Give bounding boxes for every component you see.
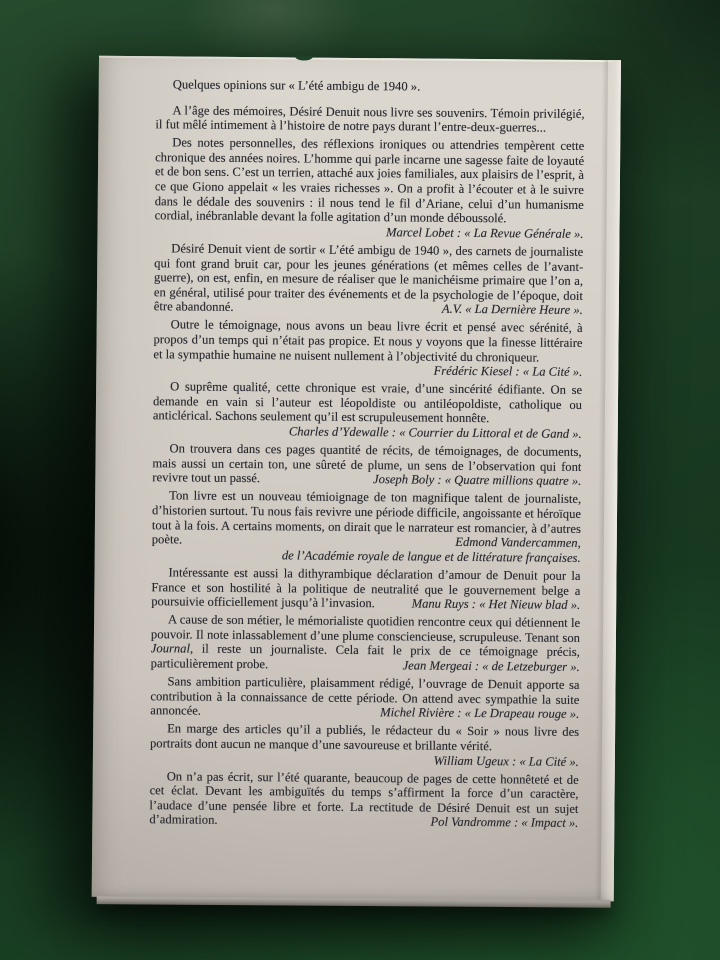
- review-quote-9: A cause de son métier, le mémorialiste q…: [151, 612, 580, 674]
- quote-text: En marge des articles qu’il a publiés, l…: [150, 722, 579, 753]
- quote-text: A cause de son métier, le mémorialiste q…: [151, 613, 580, 645]
- quote-attribution: Jean Mergeai : « de Letzeburger ».: [391, 658, 580, 674]
- review-quote-5: O suprême qualité, cette chronique est v…: [153, 379, 582, 441]
- review-quote-3: Désiré Denuit vient de sortir « L’été am…: [154, 241, 584, 318]
- photo-background: Quelques opinions sur « L’été ambigu de …: [0, 0, 720, 960]
- quote-attribution: Michel Rivière : « Le Drapeau rouge ».: [368, 705, 579, 721]
- review-quote-1: A l’âge des mémoires, Désiré Denuit nous…: [155, 103, 584, 136]
- cover-top-notch: [295, 55, 313, 60]
- review-quote-12: On n’a pas écrit, sur l’été quarante, be…: [149, 769, 578, 831]
- quote-text: A l’âge des mémoires, Désiré Denuit nous…: [155, 103, 584, 135]
- book-fore-edge-highlight: [600, 60, 621, 901]
- quote-attribution: William Ugeux : « La Cité ».: [422, 753, 579, 769]
- quote-attribution: A.V. « La Dernière Heure ».: [430, 302, 583, 318]
- book-back-cover: Quelques opinions sur « L’été ambigu de …: [92, 56, 621, 902]
- review-quote-4: Outre le témoignage, nous avons un beau …: [153, 318, 582, 380]
- quote-text: O suprême qualité, cette chronique est v…: [153, 380, 582, 426]
- review-quote-6: On trouvera dans ces pages quantité de r…: [152, 441, 581, 489]
- quote-italic-word: Journal: [151, 642, 190, 656]
- quote-attribution: Pol Vandromme : « Impact ».: [418, 815, 578, 831]
- quote-attribution: Joseph Boly : « Quatre millions quatre »…: [361, 472, 581, 489]
- quote-attribution: Edmond Vandercammen,: [443, 535, 581, 551]
- quote-attribution: Frédéric Kiesel : « La Cité ».: [422, 364, 583, 380]
- quote-attribution: Marcel Lobet : « La Revue Générale ».: [374, 225, 584, 241]
- quote-text: Outre le témoignage, nous avons un beau …: [153, 318, 582, 364]
- back-cover-text-block: Quelques opinions sur « L’été ambigu de …: [149, 77, 585, 885]
- review-quote-7: Ton livre est un nouveau témioignage de …: [152, 489, 582, 566]
- opinions-heading: Quelques opinions sur « L’été ambigu de …: [156, 77, 585, 95]
- review-quote-8: Intéressante est aussi la dithyrambique …: [151, 565, 580, 613]
- review-quote-11: En marge des articles qu’il a publiés, l…: [150, 722, 579, 770]
- quote-text: Des notes personnelles, des réflexions i…: [155, 136, 585, 226]
- review-quote-10: Sans ambition particulière, plaisamment …: [150, 674, 579, 722]
- book-page-edges: [97, 896, 611, 908]
- quote-attribution: Manu Ruys : « Het Nieuw blad ».: [400, 596, 581, 612]
- quote-attribution-line2: de l’Académie royale de langue et de lit…: [152, 547, 581, 565]
- review-quote-2: Des notes personnelles, des réflexions i…: [154, 135, 584, 241]
- quote-attribution: Charles d’Ydewalle : « Courrier du Litto…: [277, 424, 582, 441]
